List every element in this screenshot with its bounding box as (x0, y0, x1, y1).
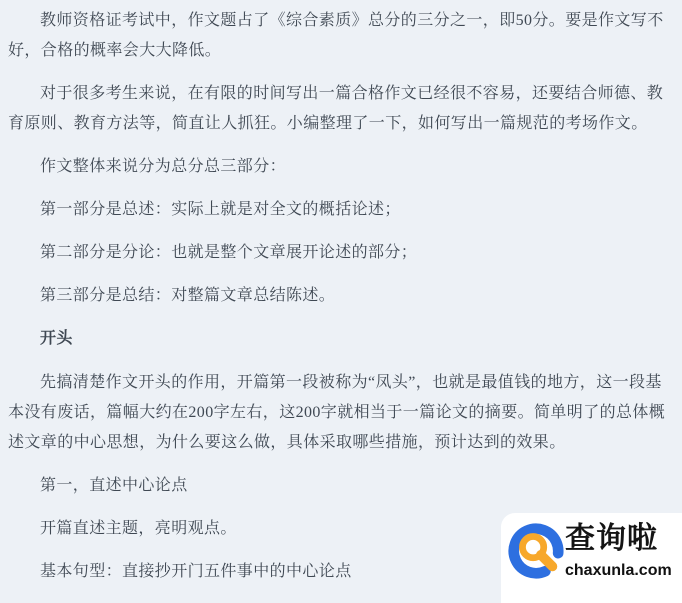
paragraph: 对于很多考生来说，在有限的时间写出一篇合格作文已经很不容易，还要结合师德、教育原… (8, 79, 670, 139)
watermark-card: 查询啦 chaxunla.com (501, 513, 682, 603)
paragraph: 先搞清楚作文开头的作用，开篇第一段被称为“凤头”，也就是最值钱的地方，这一段基本… (8, 368, 670, 458)
paragraph: 第二部分是分论：也就是整个文章展开论述的部分； (8, 238, 670, 268)
article-body: 教师资格证考试中，作文题占了《综合素质》总分的三分之一，即50分。要是作文写不好… (0, 0, 682, 587)
magnifier-in-ring-icon (507, 522, 565, 580)
paragraph: 作文整体来说分为总分总三部分： (8, 152, 670, 182)
brand-domain: chaxunla.com (565, 562, 677, 580)
paragraph: 第三部分是总结：对整篇文章总结陈述。 (8, 281, 670, 311)
brand-name: 查询啦 (565, 519, 677, 559)
section-heading: 开头 (8, 324, 670, 354)
paragraph: 第一，直述中心论点 (8, 471, 670, 501)
paragraph: 第一部分是总述：实际上就是对全文的概括论述； (8, 195, 670, 225)
paragraph: 教师资格证考试中，作文题占了《综合素质》总分的三分之一，即50分。要是作文写不好… (8, 6, 670, 66)
watermark-text: 查询啦 chaxunla.com (565, 519, 677, 580)
